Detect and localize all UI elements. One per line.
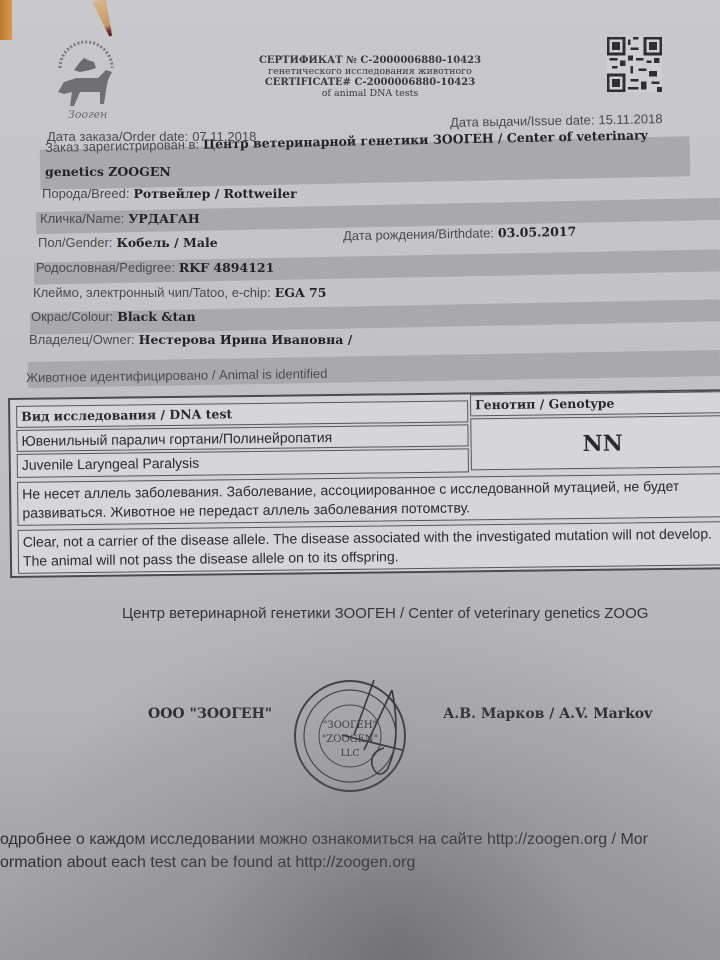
owner-value: Нестерова Ирина Ивановна / [139,332,353,347]
svg-text:"ZOOGEN": "ZOOGEN" [322,734,379,745]
name-field: Кличка/Name: УРДАГАН [40,208,200,230]
center-name: Центр ветеринарной генетики ЗООГЕН / Cen… [122,605,648,622]
more-info-ru: одробнее о каждом исследовании можно озн… [0,828,648,851]
horse-logo-icon: Зооген [50,40,122,122]
certificate-title-en: CERTIFICATE# C-2000006880-10423 [240,77,500,88]
test-name-ru: Ювенильный паралич гортани/Полинейропати… [16,424,468,452]
genotype-value: NN [470,415,720,470]
gender-value: Кобель / Male [116,235,217,250]
owner-field: Владелец/Owner: Нестерова Ирина Ивановна… [29,329,352,351]
colour-value: Black &tan [117,309,195,324]
birthdate-field: Дата рождения/Birthdate: 03.05.2017 [343,221,577,247]
pedigree-field: Родословная/Pedigree: RKF 4894121 [36,257,274,279]
birthdate-value: 03.05.2017 [498,224,577,241]
more-info-en: ormation about each test can be found at… [0,851,648,874]
more-info: одробнее о каждом исследовании можно озн… [0,828,648,874]
stamp-signature-icon: "ЗООГЕН" "ZOOGEN" LLC [292,660,412,800]
results-table: Вид исследования / DNA test Генотип / Ge… [8,389,720,578]
gender-field: Пол/Gender: Кобель / Male [38,232,218,254]
organization-name: ООО "ЗООГЕН" [148,706,272,722]
certificate-title-ru: СЕРТИФИКАТ № С-2000006880-10423 [240,55,500,66]
svg-text:LLC: LLC [341,749,360,759]
test-name-en: Juvenile Laryngeal Paralysis [17,448,469,478]
interpretation-en: Clear, not a carrier of the disease alle… [18,521,720,574]
pedigree-value: RKF 4894121 [179,260,274,275]
desk-edge [0,0,12,40]
dna-test-header: Вид исследования / DNA test [16,400,468,428]
interpretation-ru: Не несет аллель заболевания. Заболевание… [17,473,720,526]
qr-code-icon [607,37,662,92]
name-value: УРДАГАН [128,211,199,226]
chip-field: Клеймо, электронный чип/Tatoo, e-chip: E… [33,282,326,304]
colour-field: Окрас/Colour: Black &tan [31,306,196,328]
registered-at-cont: genetics ZOOGEN [45,161,171,183]
genotype-header: Генотип / Genotype [470,391,720,416]
breed-field: Порода/Breed: Ротвейлер / Rottweiler [42,183,297,205]
svg-text:Зооген: Зооген [68,108,107,121]
pencil [92,0,117,38]
certificate-header: СЕРТИФИКАТ № С-2000006880-10423 генетиче… [240,55,500,99]
identified-status: Животное идентифицировано / Animal is id… [26,363,328,389]
breed-value: Ротвейлер / Rottweiler [133,186,296,201]
chip-value: EGA 75 [275,285,327,300]
signer-name: А.В. Марков / A.V. Markov [443,706,652,722]
certificate-subtitle-ru: генетического исследования животного [240,66,500,77]
svg-text:"ЗООГЕН": "ЗООГЕН" [323,720,377,731]
certificate-subtitle-en: of animal DNA tests [240,88,500,99]
